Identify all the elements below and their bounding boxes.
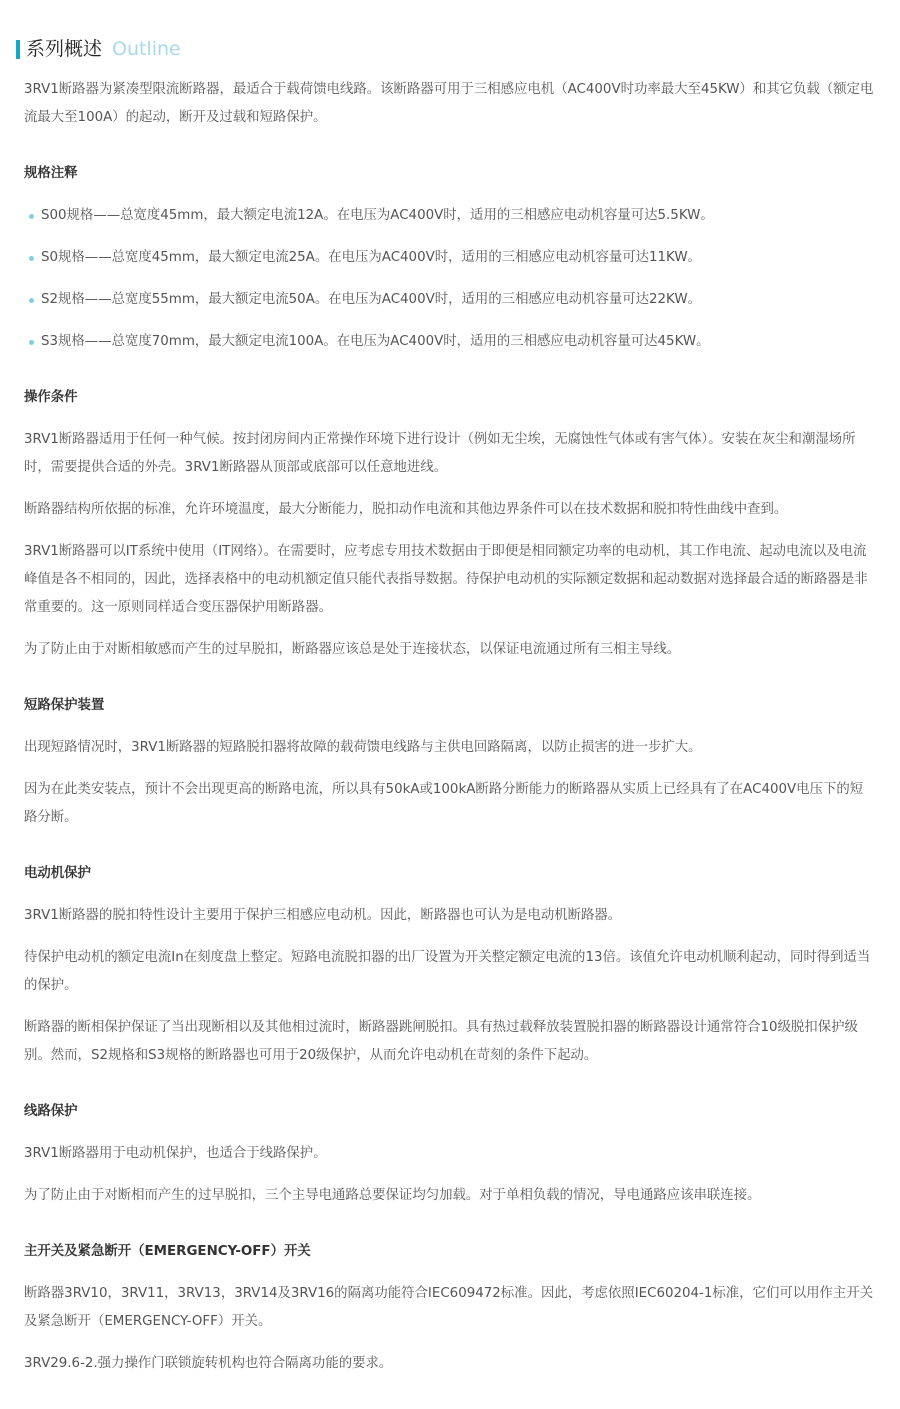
article-body: 3RV1断路器为紧凑型限流断路器，最适合于载荷馈电线路。该断路器可用于三相感应电…	[24, 76, 876, 1392]
paragraph: 3RV29.6-2.强力操作门联锁旋转机构也符合隔离功能的要求。	[24, 1350, 876, 1378]
spec-item-text: S0规格——总宽度45mm，最大额定电流25A。在电压为AC400V时，适用的三…	[41, 250, 701, 265]
section-heading-short-circuit-protection: 短路保护装置	[24, 692, 876, 720]
paragraph: 断路器3RV10，3RV11，3RV13，3RV14及3RV16的隔离功能符合I…	[24, 1280, 876, 1336]
intro-paragraph: 3RV1断路器为紧凑型限流断路器，最适合于载荷馈电线路。该断路器可用于三相感应电…	[24, 76, 876, 132]
paragraph: 3RV1断路器用于电动机保护，也适合于线路保护。	[24, 1140, 876, 1168]
accent-bar	[16, 40, 20, 59]
spec-item-text: S3规格——总宽度70mm，最大额定电流100A。在电压为AC400V时，适用的…	[41, 334, 710, 349]
paragraph: 3RV1断路器适用于任何一种气候。按封闭房间内正常操作环境下进行设计（例如无尘埃…	[24, 426, 876, 482]
spec-item-s2: S2规格——总宽度55mm，最大额定电流50A。在电压为AC400V时，适用的三…	[24, 286, 876, 314]
section-heading-line-protection: 线路保护	[24, 1098, 876, 1126]
paragraph: 为了防止由于对断相而产生的过早脱扣，三个主导电通路总要保证均匀加载。对于单相负载…	[24, 1182, 876, 1210]
spec-item-s3: S3规格——总宽度70mm，最大额定电流100A。在电压为AC400V时，适用的…	[24, 328, 876, 356]
paragraph: 因为在此类安装点，预计不会出现更高的断路电流，所以具有50kA或100kA断路分…	[24, 776, 876, 832]
paragraph: 断路器的断相保护保证了当出现断相以及其他相过流时，断路器跳闸脱扣。具有热过载释放…	[24, 1014, 876, 1070]
paragraph: 待保护电动机的额定电流In在刻度盘上整定。短路电流脱扣器的出厂设置为开关整定额定…	[24, 944, 876, 1000]
section-heading-main-switch: 主开关及紧急断开（EMERGENCY-OFF）开关	[24, 1238, 876, 1266]
spec-item-s00: S00规格——总宽度45mm，最大额定电流12A。在电压为AC400V时，适用的…	[24, 202, 876, 230]
bullet-icon	[29, 256, 34, 261]
paragraph: 断路器结构所依据的标准，允许环境温度，最大分断能力，脱扣动作电流和其他边界条件可…	[24, 496, 876, 524]
spec-item-text: S2规格——总宽度55mm，最大额定电流50A。在电压为AC400V时，适用的三…	[41, 292, 701, 307]
spec-item-s0: S0规格——总宽度45mm，最大额定电流25A。在电压为AC400V时，适用的三…	[24, 244, 876, 272]
paragraph: 3RV1断路器的脱扣特性设计主要用于保护三相感应电动机。因此，断路器也可认为是电…	[24, 902, 876, 930]
spec-item-text: S00规格——总宽度45mm，最大额定电流12A。在电压为AC400V时，适用的…	[41, 208, 714, 223]
page-title: 系列概述	[26, 38, 102, 60]
paragraph: 出现短路情况时，3RV1断路器的短路脱扣器将故障的载荷馈电线路与主供电回路隔离，…	[24, 734, 876, 762]
section-header: 系列概述 Outline	[16, 38, 181, 60]
bullet-icon	[29, 298, 34, 303]
section-heading-motor-protection: 电动机保护	[24, 860, 876, 888]
spec-list: S00规格——总宽度45mm，最大额定电流12A。在电压为AC400V时，适用的…	[24, 202, 876, 356]
section-heading-operating-conditions: 操作条件	[24, 384, 876, 412]
bullet-icon	[29, 340, 34, 345]
paragraph: 3RV1断路器可以IT系统中使用（IT网络）。在需要时，应考虑专用技术数据由于即…	[24, 538, 876, 622]
bullet-icon	[29, 214, 34, 219]
paragraph: 为了防止由于对断相敏感而产生的过早脱扣，断路器应该总是处于连接状态，以保证电流通…	[24, 636, 876, 664]
page-subtitle: Outline	[112, 38, 181, 60]
section-heading-specs: 规格注释	[24, 160, 876, 188]
